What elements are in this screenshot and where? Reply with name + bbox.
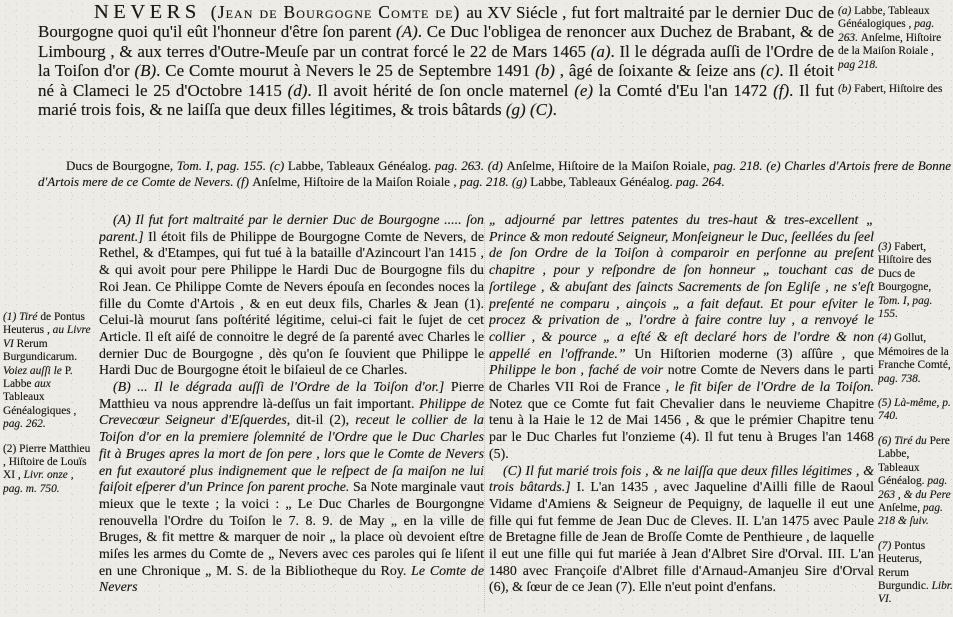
margin-notes-left: (1) Tiré de Pontus Heuterus , au Livre V…: [3, 311, 95, 614]
text-segment: (d): [488, 158, 507, 173]
text-segment: .: [553, 100, 557, 119]
text-segment: Il étoit fils de Philippe de Bourgogne C…: [99, 230, 484, 379]
text-segment: Ducs de Bourgogne,: [66, 158, 177, 173]
text-segment: (Jean de Bourgogne Comte de): [211, 3, 467, 22]
margin-note-4: (4) Gollut, Mémoires de la Franche Comté…: [878, 332, 953, 386]
text-segment: Labbe, Tableaux Généalog.: [288, 158, 435, 173]
text-segment: Tom. I, pag. 155.: [878, 295, 932, 320]
text-segment: (c): [761, 61, 780, 80]
text-segment: Labbe, Tableaux Généalog.: [530, 174, 676, 189]
margin-notes-right-lower: (3) Fabert, Hiſtoire des Ducs de Bourgog…: [878, 213, 953, 614]
text-segment: Philippe le bon , faché de voir: [489, 363, 668, 378]
text-segment: Anſelme, Hiſtoire de la Maiſon Roiale,: [507, 158, 714, 173]
text-segment: Fabert, Hiſtoire des: [854, 83, 942, 95]
footnote-block: Ducs de Bourgogne, Tom. I, pag. 155. (c)…: [38, 158, 951, 210]
text-segment: Anſelme,: [878, 502, 923, 514]
annotation-paragraph-B: (B) ... Il le dégrada auſſi de l'Ordre d…: [99, 380, 484, 597]
text-segment: Anſelme, Hiſtoire de la Maiſon Roiale ,: [252, 174, 460, 189]
margin-note-7: (7) Pontus Heuterus, Rerum Burgundic. Li…: [878, 540, 953, 607]
text-segment: Notez que ce Comte fut fait Chevalier da…: [489, 397, 874, 462]
margin-note-1: (1) Tiré de Pontus Heuterus , au Livre V…: [3, 311, 95, 432]
text-segment: (g) (C): [506, 100, 553, 119]
text-column-right: „ adjourné par lettres patentes du tres-…: [489, 213, 874, 617]
text-segment: (d): [288, 81, 308, 100]
text-segment: pag. 263.: [435, 158, 484, 173]
text-segment: pag. 218.: [460, 174, 509, 189]
text-segment: I. L'an 1435 , avec Jaqueline d'Ailli fi…: [489, 480, 874, 595]
text-segment: . Il avoit hérité de ſon oncle maternel: [307, 81, 574, 100]
text-segment: pag. 738.: [878, 373, 921, 385]
text-segment: (f): [773, 81, 789, 100]
margin-note-b: (b) Fabert, Hiſtoire des: [838, 83, 951, 96]
text-segment: aux: [34, 378, 50, 390]
text-column-left: (A) Il fut fort maltraité par le dernier…: [99, 213, 484, 617]
margin-note-a: (a) Labbe, Tableaux Généalogiques , pag.…: [838, 5, 951, 72]
text-segment: (f): [237, 174, 253, 189]
text-segment: (b): [838, 83, 854, 95]
text-segment: Tableaux Généalogiques ,: [3, 391, 76, 416]
text-segment: (5) Là-même, p. 740.: [878, 397, 951, 422]
text-segment: Voiez auſſi le: [3, 365, 65, 377]
text-segment: (a): [838, 5, 854, 17]
text-segment: (A): [396, 22, 418, 41]
text-segment: (b): [535, 61, 555, 80]
text-segment: pag 218.: [838, 59, 878, 71]
text-segment: (3): [878, 241, 894, 253]
text-segment: , âgé de ſoixante & ſeize ans: [555, 61, 761, 80]
text-segment: (a): [591, 42, 611, 61]
margin-note-3: (3) Fabert, Hiſtoire des Ducs de Bourgog…: [878, 241, 953, 321]
text-segment: (B): [134, 61, 156, 80]
text-segment: (g): [512, 174, 530, 189]
annotation-paragraph-A: (A) Il fut fort maltraité par le dernier…: [99, 213, 484, 380]
text-segment: Tom. I, pag. 155.: [177, 158, 266, 173]
text-segment: . Ce Comte mourut à Nevers le 25 de Sept…: [156, 61, 535, 80]
text-segment: (1) Tiré: [3, 311, 40, 323]
text-segment: (4): [878, 332, 894, 344]
text-segment: (6) Tiré du: [878, 435, 930, 447]
annotation-paragraph-B-continuation: „ adjourné par lettres patentes du tres-…: [489, 213, 874, 464]
column-divider-artifact: [484, 222, 485, 612]
margin-note-6: (6) Tiré du Pere Labbe, Tableaux Généalo…: [878, 435, 953, 529]
text-segment: pag. 264.: [676, 174, 725, 189]
text-segment: le fit biſer de l'Ordre de la Toiſon.: [674, 380, 874, 395]
margin-note-2: (2) Pierre Matthieu , Hiſtoire de Louïs …: [3, 443, 95, 497]
annotation-paragraph-C: (C) Il fut marié trois fois , & ne laiſſ…: [489, 464, 874, 598]
margin-spacer: [878, 213, 953, 241]
text-segment: (B) ... Il le dégrada auſſi de l'Ordre d…: [113, 380, 444, 395]
margin-notes-right-top: (a) Labbe, Tableaux Généalogiques , pag.…: [838, 5, 951, 155]
text-segment: Un Hiſtorien moderne (3) aſſûre , que: [626, 347, 874, 362]
text-segment: NEVERS: [94, 3, 211, 23]
text-segment: (7): [878, 540, 894, 552]
scanned-page: NEVERS (Jean de Bourgogne Comte de) au X…: [0, 0, 953, 617]
text-segment: (c): [270, 158, 288, 173]
text-segment: „ adjourné par lettres patentes du tres-…: [489, 213, 874, 362]
lead-paragraph: NEVERS (Jean de Bourgogne Comte de) au X…: [38, 3, 834, 157]
text-segment: pag. 262.: [3, 418, 46, 430]
text-segment: la Comté d'Eu l'an 1472: [593, 81, 773, 100]
margin-note-5: (5) Là-même, p. 740.: [878, 397, 953, 424]
text-segment: (e): [574, 81, 593, 100]
text-segment: (2): [3, 443, 19, 455]
text-segment: , dit-il (2),: [287, 413, 355, 428]
